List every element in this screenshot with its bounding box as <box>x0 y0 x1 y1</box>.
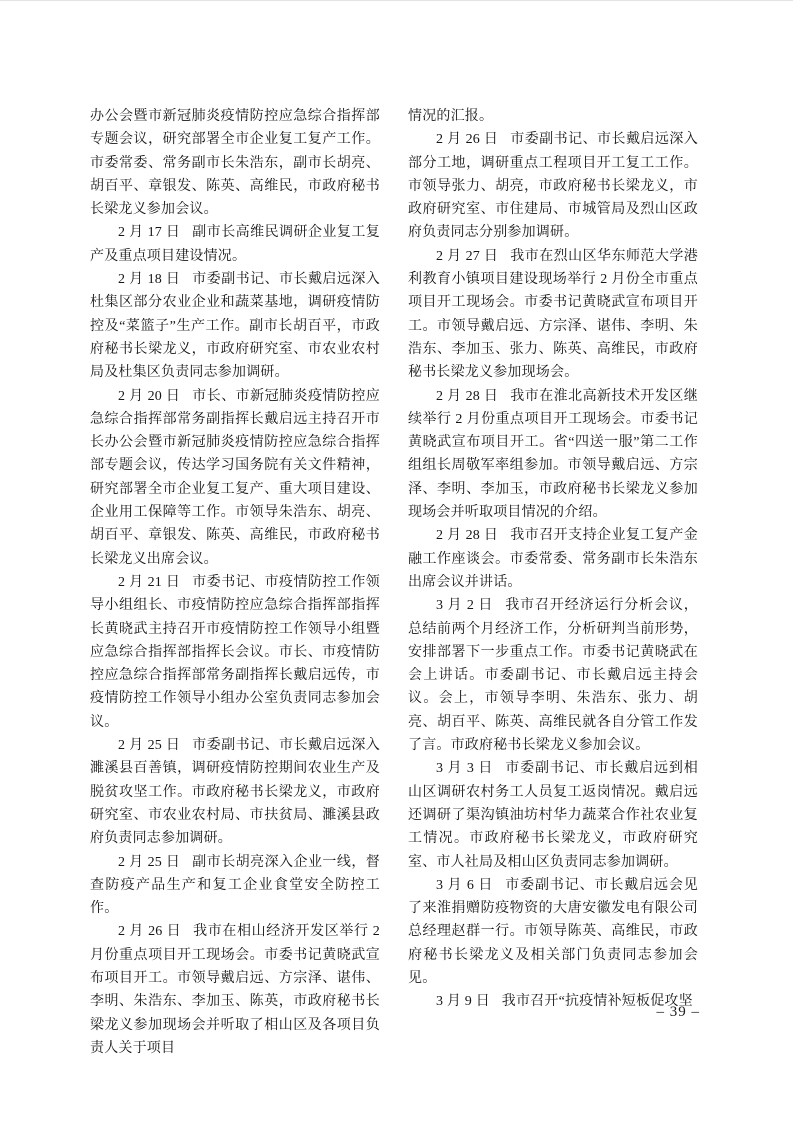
entry-date-label: 3 月 9 日 <box>436 994 490 1009</box>
paragraph-text: 我市在烈山区华东师范大学港利教育小镇项目建设现场举行 2 月份全市重点项目开工现… <box>408 249 698 380</box>
paragraph: 办公会暨市新冠肺炎疫情防控应急综合指挥部专题会议，研究部署全市企业复工复产工作。… <box>90 105 380 221</box>
left-column: 办公会暨市新冠肺炎疫情防控应急综合指挥部专题会议，研究部署全市企业复工复产工作。… <box>90 105 380 1060</box>
paragraph: 2 月 18 日市委副书记、市长戴启远深入杜集区部分农业企业和蔬菜基地，调研疫情… <box>90 268 380 384</box>
paragraph-text: 市委书记、市疫情防控工作领导小组组长、市疫情防控应急综合指挥部指挥长黄晓武主持召… <box>90 575 380 730</box>
document-page: 办公会暨市新冠肺炎疫情防控应急综合指挥部专题会议，研究部署全市企业复工复产工作。… <box>0 0 793 1122</box>
entry-date-label: 2 月 28 日 <box>436 528 498 543</box>
entry-date-label: 3 月 3 日 <box>436 761 493 776</box>
paragraph: 情况的汇报。 <box>408 105 698 128</box>
entry-date-label: 2 月 28 日 <box>436 389 498 404</box>
entry-date-label: 2 月 25 日 <box>118 855 180 870</box>
text-columns: 办公会暨市新冠肺炎疫情防控应急综合指挥部专题会议，研究部署全市企业复工复产工作。… <box>90 105 698 1060</box>
paragraph: 3 月 9 日我市召开“抗疫情补短板促攻坚 <box>408 990 698 1013</box>
entry-date-label: 2 月 27 日 <box>436 249 498 264</box>
paragraph-text: 市委副书记、市长戴启远到相山区调研农村务工人员复工返岗情况。戴启远还调研了渠沟镇… <box>408 761 698 869</box>
entry-date-label: 2 月 26 日 <box>436 132 498 147</box>
entry-date-label: 2 月 17 日 <box>118 225 180 240</box>
entry-date-label: 3 月 6 日 <box>436 878 493 893</box>
paragraph-text: 我市召开经济运行分析会议，总结前两个月经济工作，分析研判当前形势，安排部署下一步… <box>408 598 698 753</box>
entry-date-label: 2 月 21 日 <box>118 575 180 590</box>
paragraph-text: 市委副书记、市长戴启远深入部分工地，调研重点工程项目开工复工工作。市领导张力、胡… <box>408 132 698 240</box>
paragraph: 3 月 3 日市委副书记、市长戴启远到相山区调研农村务工人员复工返岗情况。戴启远… <box>408 757 698 873</box>
paragraph: 2 月 26 日市委副书记、市长戴启远深入部分工地，调研重点工程项目开工复工工作… <box>408 128 698 244</box>
entry-date-label: 3 月 2 日 <box>436 598 493 613</box>
paragraph-text: 市委副书记、市长戴启远深入濉溪县百善镇，调研疫情防控期间农业生产及脱贫攻坚工作。… <box>90 738 380 846</box>
paragraph: 2 月 26 日我市在相山经济开发区举行 2 月份重点项目开工现场会。市委书记黄… <box>90 920 380 1060</box>
entry-date-label: 2 月 18 日 <box>118 272 180 287</box>
paragraph-text: 我市在相山经济开发区举行 2 月份重点项目开工现场会。市委书记黄晓武宣布项目开工… <box>90 924 380 1055</box>
paragraph-text: 市委副书记、市长戴启远会见了来淮捐赠防疫物资的大唐安徽发电有限公司总经理赵群一行… <box>408 878 698 986</box>
entry-date-label: 2 月 20 日 <box>118 389 180 404</box>
paragraph: 2 月 25 日副市长胡亮深入企业一线，督查防疫产品生产和复工企业食堂安全防控工… <box>90 851 380 921</box>
paragraph-text: 市委副书记、市长戴启远深入杜集区部分农业企业和蔬菜基地，调研疫情防控及“菜篮子”… <box>90 272 380 380</box>
entry-date-label: 2 月 25 日 <box>118 738 180 753</box>
paragraph: 2 月 27 日我市在烈山区华东师范大学港利教育小镇项目建设现场举行 2 月份全… <box>408 245 698 385</box>
right-column: 情况的汇报。2 月 26 日市委副书记、市长戴启远深入部分工地，调研重点工程项目… <box>408 105 698 1060</box>
paragraph: 3 月 2 日我市召开经济运行分析会议，总结前两个月经济工作，分析研判当前形势，… <box>408 594 698 757</box>
paragraph: 2 月 20 日市长、市新冠肺炎疫情防控应急综合指挥部常务副指挥长戴启远主持召开… <box>90 385 380 571</box>
paragraph: 2 月 21 日市委书记、市疫情防控工作领导小组组长、市疫情防控应急综合指挥部指… <box>90 571 380 734</box>
paragraph: 2 月 17 日副市长高维民调研企业复工复产及重点项目建设情况。 <box>90 221 380 268</box>
page-number: – 39 – <box>657 1001 701 1023</box>
entry-date-label: 2 月 26 日 <box>118 924 181 939</box>
paragraph: 2 月 25 日市委副书记、市长戴启远深入濉溪县百善镇，调研疫情防控期间农业生产… <box>90 734 380 850</box>
paragraph-text: 我市在淮北高新技术开发区继续举行 2 月份重点项目开工现场会。市委书记黄晓武宣布… <box>408 389 698 520</box>
paragraph-text: 市长、市新冠肺炎疫情防控应急综合指挥部常务副指挥长戴启远主持召开市长办公会暨市新… <box>90 389 380 567</box>
paragraph-text: 办公会暨市新冠肺炎疫情防控应急综合指挥部专题会议，研究部署全市企业复工复产工作。… <box>90 109 380 217</box>
paragraph: 3 月 6 日市委副书记、市长戴启远会见了来淮捐赠防疫物资的大唐安徽发电有限公司… <box>408 874 698 990</box>
paragraph: 2 月 28 日我市召开支持企业复工复产金融工作座谈会。市委常委、常务副市长朱浩… <box>408 524 698 594</box>
paragraph: 2 月 28 日我市在淮北高新技术开发区继续举行 2 月份重点项目开工现场会。市… <box>408 385 698 525</box>
paragraph-text: 情况的汇报。 <box>408 109 493 124</box>
